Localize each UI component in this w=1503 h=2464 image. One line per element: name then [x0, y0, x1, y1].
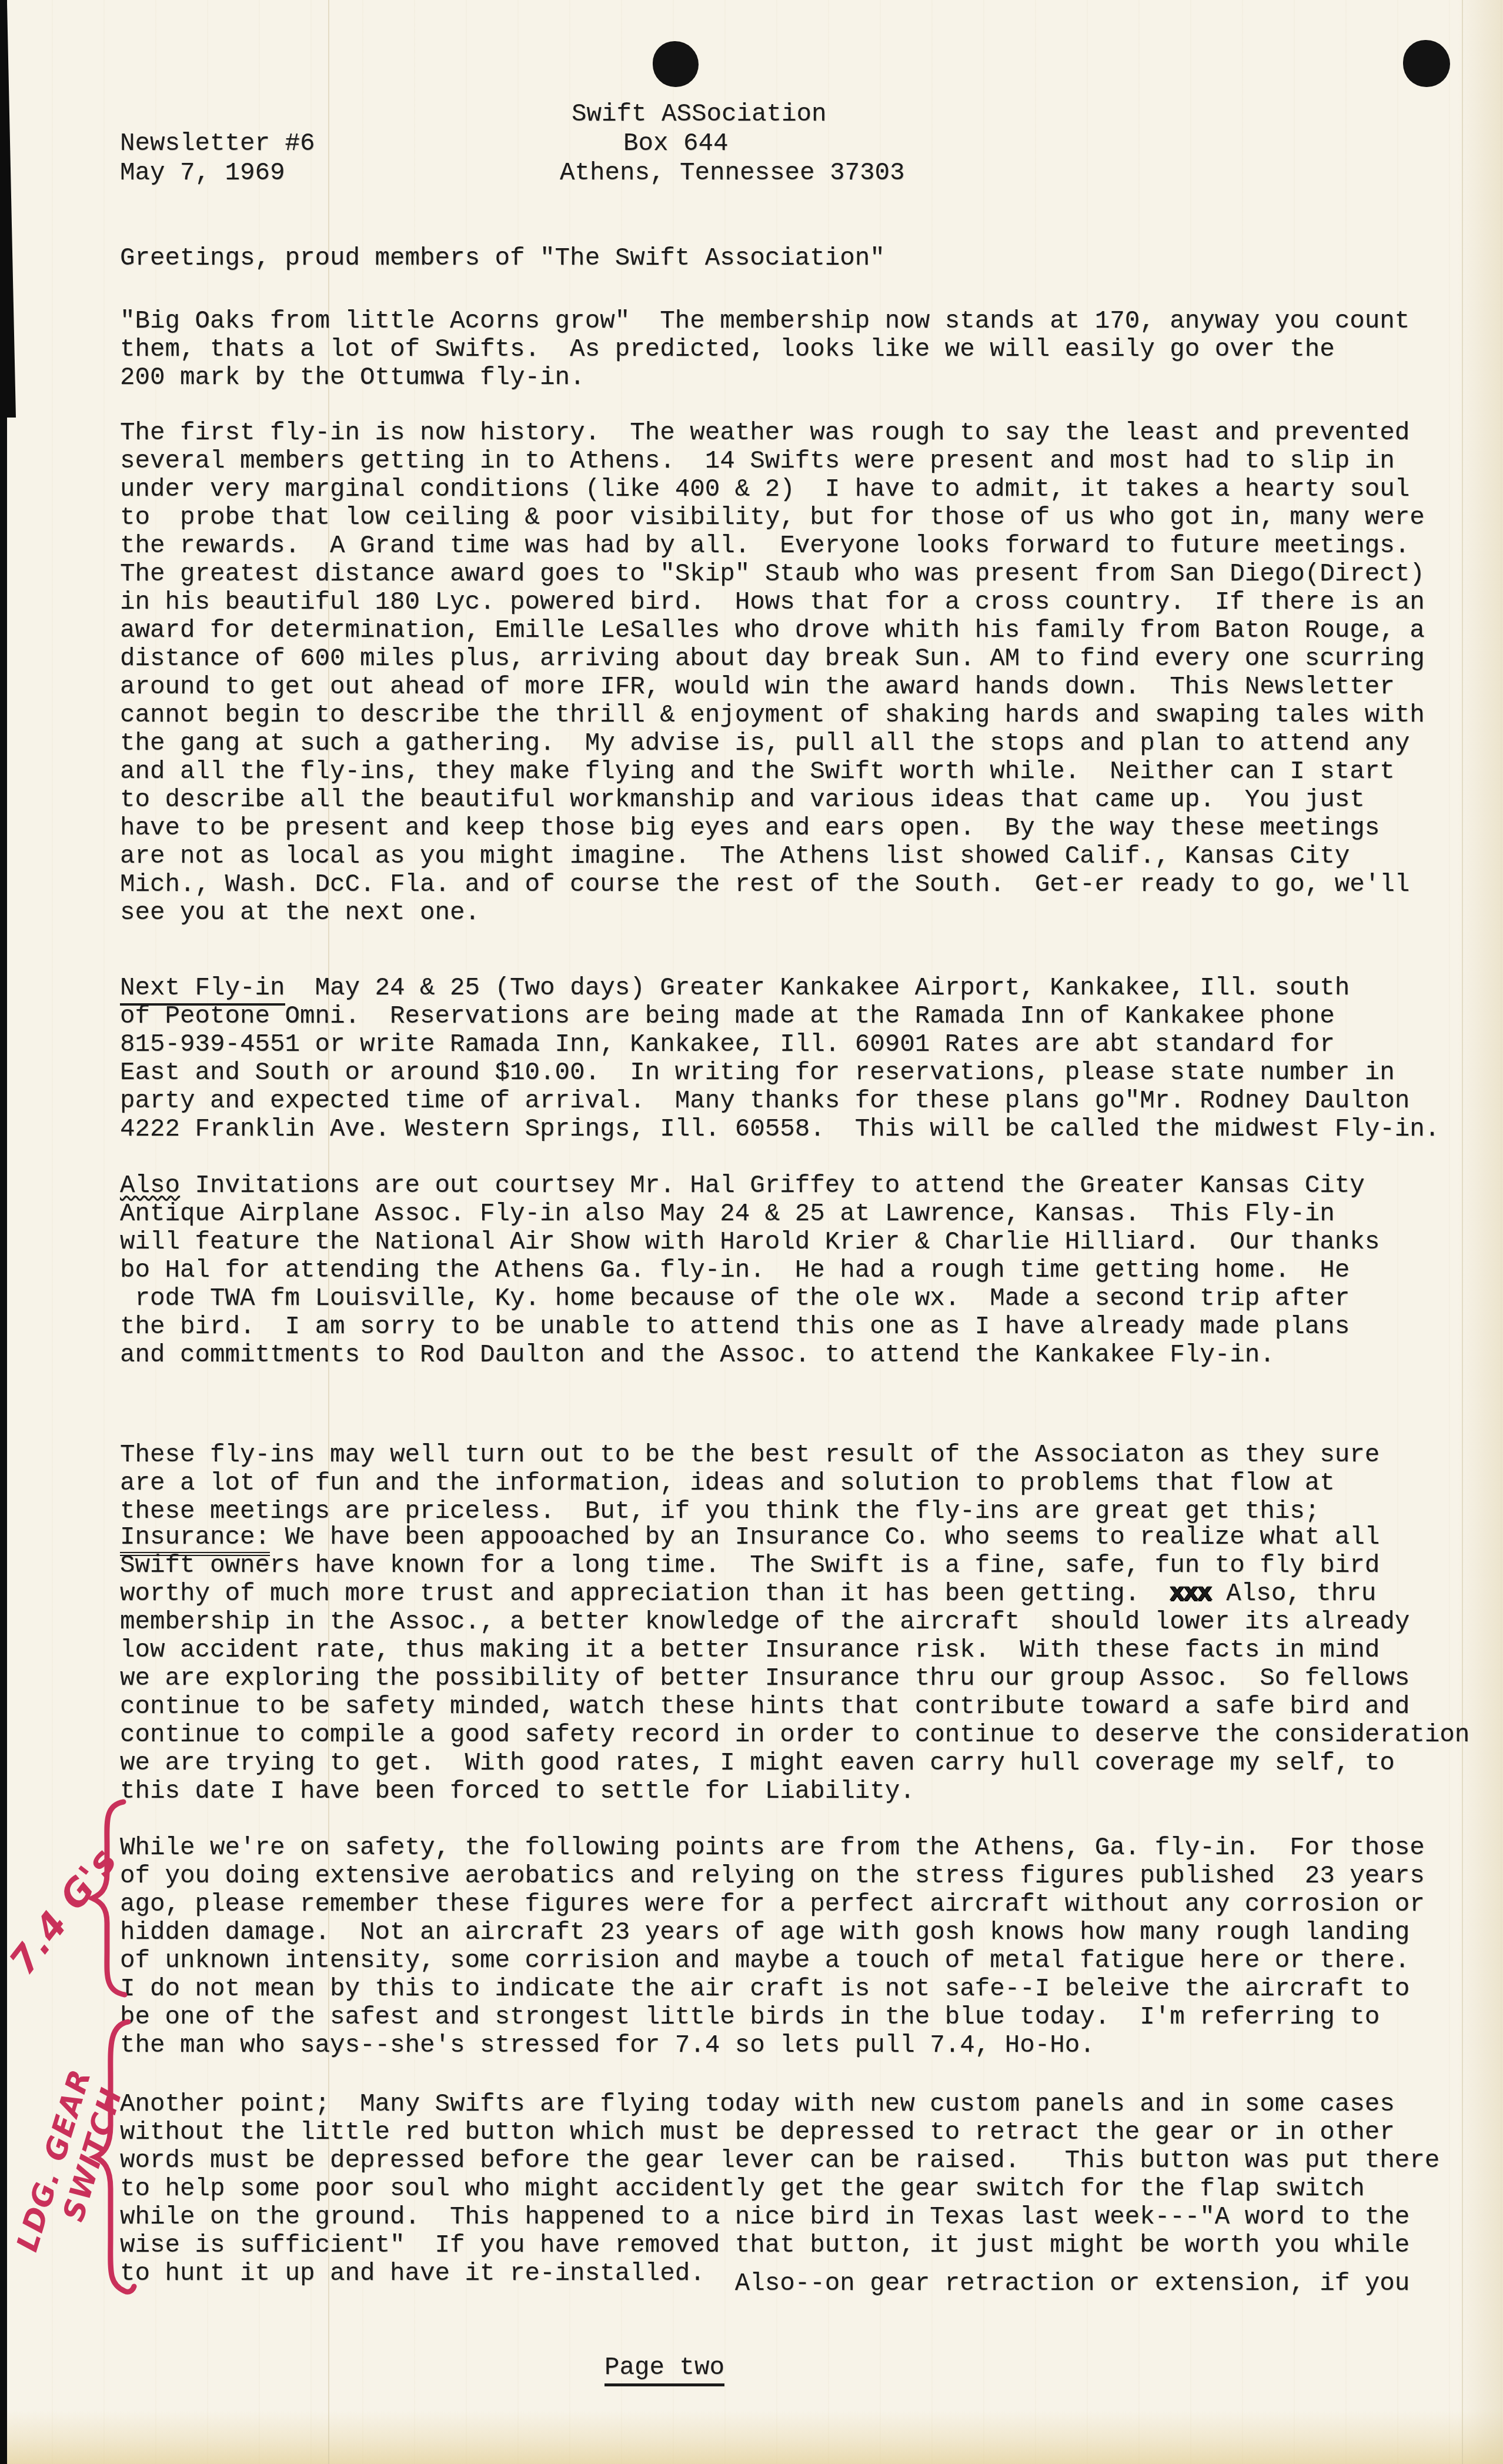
paragraph-also-invitations: Also Invitations are out courtsey Mr. Ha…: [120, 1171, 1503, 1369]
newsletter-number: Newsletter #6: [120, 129, 315, 158]
next-flyin-text: May 24 & 25 (Two days) Greater Kankakee …: [120, 974, 1439, 1143]
paragraph-next-flyin: Next Fly-in May 24 & 25 (Two days) Great…: [120, 974, 1503, 1143]
typed-strikeout: xxx: [1170, 1580, 1211, 1608]
paragraph-first-flyin: The first fly-in is now history. The wea…: [120, 419, 1503, 927]
also-text: Invitations are out courtsey Mr. Hal Gri…: [120, 1171, 1380, 1369]
hole-punch-dot: [653, 41, 699, 87]
another-point-text: Another point; Many Swifts are flying to…: [120, 2090, 1439, 2288]
paragraph-insurance: Insurance: We have been appooached by an…: [120, 1523, 1503, 1805]
hole-punch-dot: [1403, 40, 1450, 87]
paragraph-another-point: Another point; Many Swifts are flying to…: [120, 2090, 1503, 2288]
greeting-line: Greetings, proud members of "The Swift A…: [120, 244, 885, 272]
paragraph-flyins-result: These fly-ins may well turn out to be th…: [120, 1441, 1503, 1525]
another-point-offset-text: Also--on gear retraction or extension, i…: [735, 2269, 1410, 2298]
org-address-box: Box 644: [623, 129, 729, 158]
paragraph-safety: While we're on safety, the following poi…: [120, 1834, 1503, 2059]
also-heading: Also: [120, 1171, 180, 1200]
scan-edge-wedge: [0, 0, 16, 418]
next-flyin-heading: Next Fly-in: [120, 974, 285, 1006]
insurance-text-2: Also, thru membership in the Assoc., a b…: [120, 1580, 1469, 1805]
org-address-city: Athens, Tennessee 37303: [560, 159, 905, 187]
scanned-newsletter-page: Swift ASSociation Box 644 Athens, Tennes…: [0, 0, 1503, 2464]
margin-brace-gear: [89, 2018, 136, 2298]
margin-brace-safety: [87, 1798, 128, 1998]
page-number-label: Page two: [604, 2353, 724, 2382]
paragraph-membership: "Big Oaks from little Acorns grow" The m…: [120, 307, 1503, 392]
org-name: Swift ASSociation: [572, 100, 827, 128]
newsletter-date: May 7, 1969: [120, 159, 285, 187]
